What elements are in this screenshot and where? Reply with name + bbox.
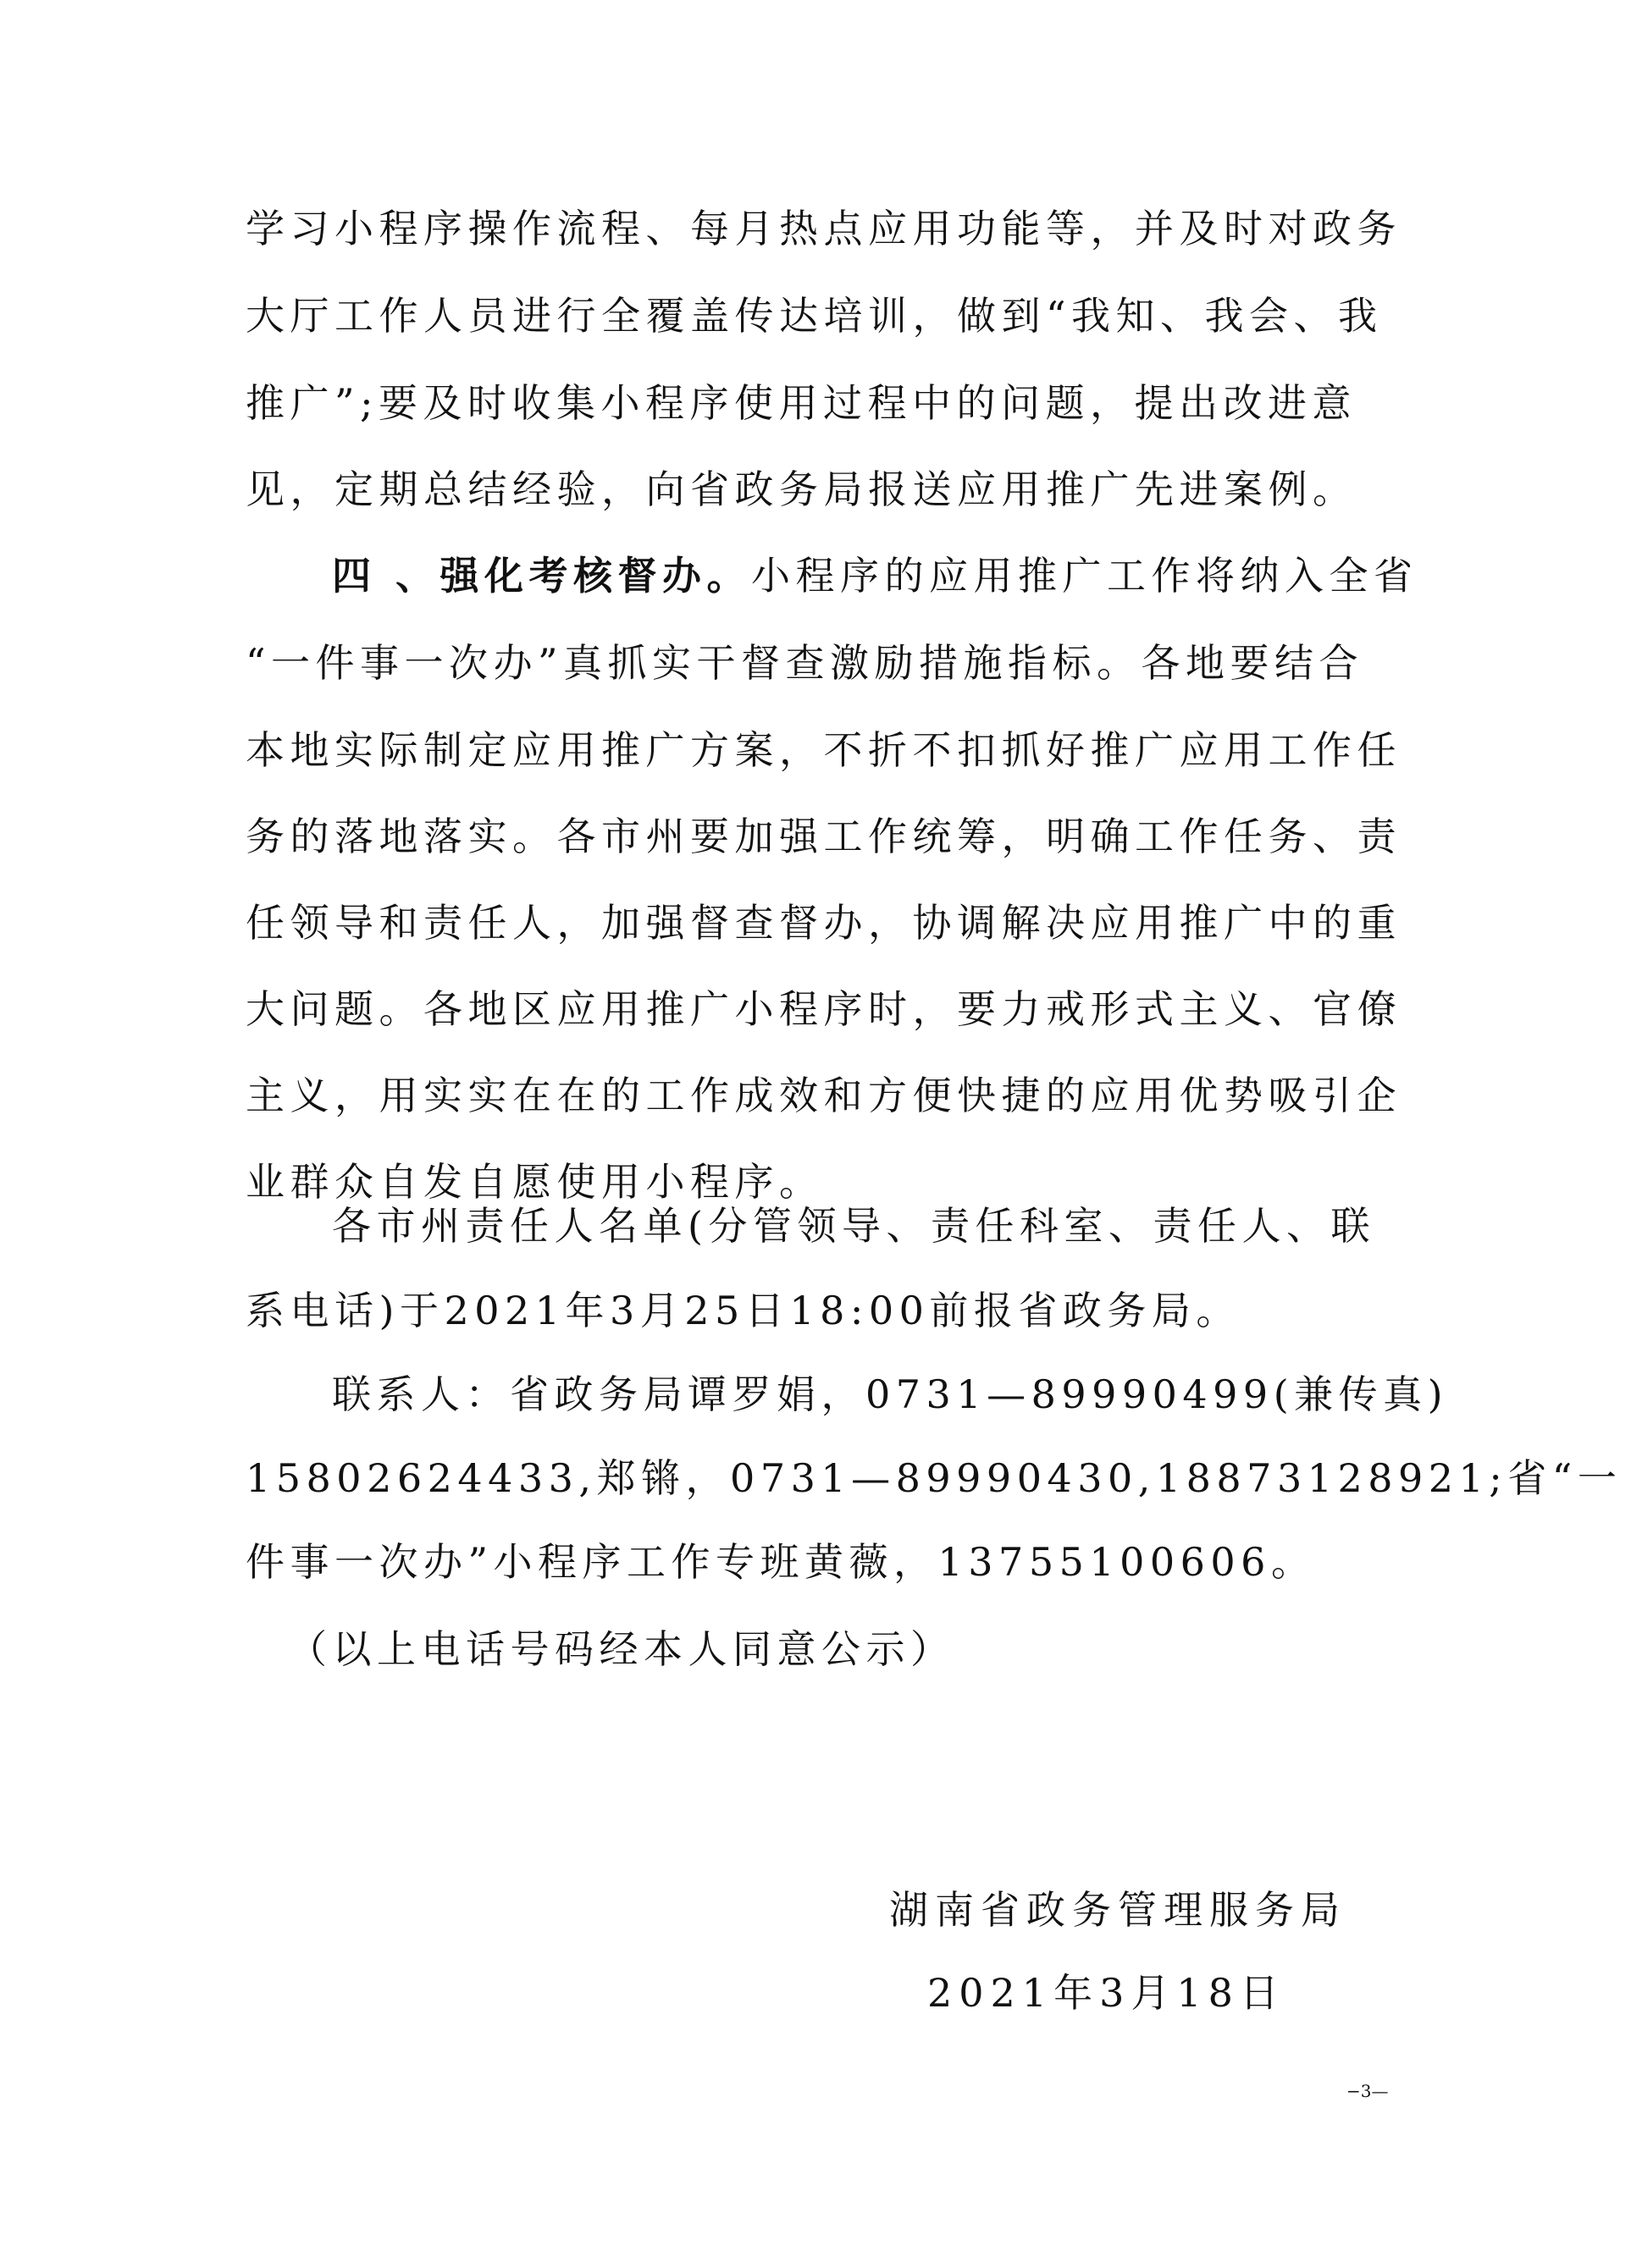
section-four-line: 四 、强化考核督办。小程序的应用推广工作将纳入全省	[332, 550, 1418, 601]
paragraph-line: 主义，用实实在在的工作成效和方便快捷的应用优势吸引企	[246, 1070, 1402, 1121]
section-heading: 四 、强化考核督办。	[332, 553, 751, 599]
disclosure-note: （以上电话号码经本人同意公示）	[288, 1624, 955, 1675]
paragraph-text: 小程序的应用推广工作将纳入全省	[751, 553, 1418, 599]
paragraph-line: 系电话)于2021年3月25日18:00前报省政务局。	[246, 1285, 1241, 1336]
paragraph-line: 任领导和责任人，加强督查督办，协调解决应用推广中的重	[246, 897, 1402, 948]
paragraph-line: 学习小程序操作流程、每月热点应用功能等，并及时对政务	[246, 203, 1402, 254]
paragraph-line: 本地实际制定应用推广方案，不折不扣抓好推广应用工作任	[246, 725, 1402, 775]
paragraph-line: 务的落地落实。各市州要加强工作统筹，明确工作任务、责	[246, 811, 1402, 862]
paragraph-line: 大问题。各地区应用推广小程序时，要力戒形式主义、官僚	[246, 984, 1402, 1035]
paragraph-line: 推广”;要及时收集小程序使用过程中的问题，提出改进意	[246, 378, 1357, 428]
contact-line: 联系人：省政务局谭罗娟，0731—89990499(兼传真)	[332, 1369, 1448, 1420]
paragraph-line: 大厅工作人员进行全覆盖传达培训，做到“我知、我会、我	[246, 290, 1383, 341]
signature-org: 湖南省政务管理服务局	[889, 1879, 1346, 1935]
paragraph-line: 见，定期总结经验，向省政务局报送应用推广先进案例。	[246, 464, 1357, 515]
contact-line: 件事一次办”小程序工作专班黄薇，13755100606。	[246, 1537, 1315, 1587]
paragraph-line: 各市州责任人名单(分管领导、责任科室、责任人、联	[332, 1200, 1375, 1251]
paragraph-line: 业群众自发自愿使用小程序。	[246, 1156, 824, 1207]
contact-line: 15802624433,郑锵，0731—89990430,18873128921…	[246, 1453, 1622, 1504]
page-number: −3—	[1346, 2081, 1388, 2101]
paragraph-line: “一件事一次办”真抓实干督查激励措施指标。各地要结合	[246, 637, 1363, 688]
signature-date: 2021年3月18日	[927, 1962, 1285, 2018]
